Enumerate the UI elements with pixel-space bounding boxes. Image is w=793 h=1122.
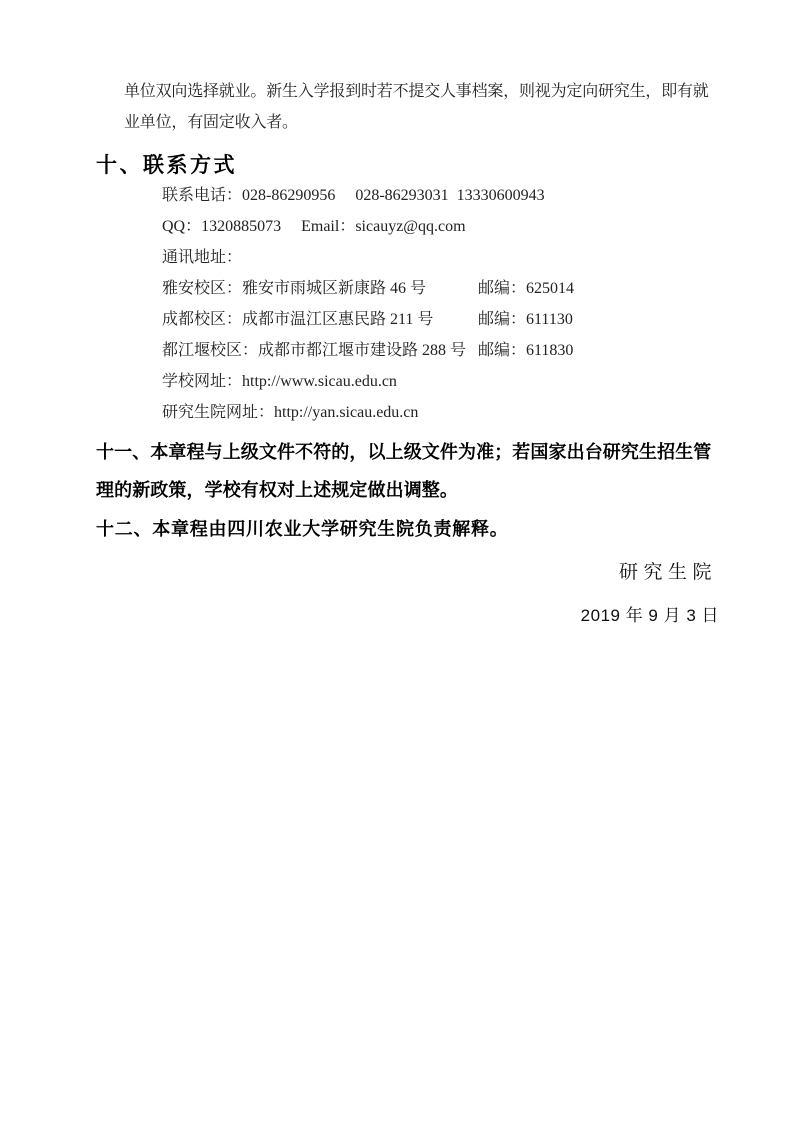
campus-postal-code: 邮编：611830 xyxy=(478,335,573,366)
document-date: 2019 年 9 月 3 日 xyxy=(581,604,719,628)
intro-paragraph: 单位双向选择就业。新生入学报到时若不提交人事档案，则视为定向研究生，即有就 业单… xyxy=(124,76,709,138)
contact-qq-email-line: QQ：1320885073 Email：sicauyz@qq.com xyxy=(162,211,574,242)
contact-mailing-address-label: 通讯地址： xyxy=(162,242,574,273)
campus-postal-code: 邮编：611130 xyxy=(478,304,573,335)
section-eleven-paragraph: 十一、本章程与上级文件不符的，以上级文件为准；若国家出台研究生招生管 理的新政策… xyxy=(96,433,736,509)
school-website-line: 学校网址：http://www.sicau.edu.cn xyxy=(162,366,574,397)
document-page: 单位双向选择就业。新生入学报到时若不提交人事档案，则视为定向研究生，即有就 业单… xyxy=(0,0,793,1122)
section-heading-contact: 十、联系方式 xyxy=(96,153,237,178)
campus-row-dujiangyan: 都江堰校区：成都市都江堰市建设路 288 号 邮编：611830 xyxy=(162,335,574,366)
campus-address: 都江堰校区：成都市都江堰市建设路 288 号 xyxy=(162,335,478,366)
signature-graduate-school: 研究生院 xyxy=(619,561,717,585)
graduate-school-website-line: 研究生院网址：http://yan.sicau.edu.cn xyxy=(162,397,574,428)
campus-row-chengdu: 成都校区：成都市温江区惠民路 211 号 邮编：611130 xyxy=(162,304,574,335)
campus-address: 雅安校区：雅安市雨城区新康路 46 号 xyxy=(162,273,478,304)
section-twelve-paragraph: 十二、本章程由四川农业大学研究生院负责解释。 xyxy=(96,517,509,541)
contact-phone-line: 联系电话：028-86290956 028-86293031 133306009… xyxy=(162,180,574,211)
campus-row-yaan: 雅安校区：雅安市雨城区新康路 46 号 邮编：625014 xyxy=(162,273,574,304)
contact-info-block: 联系电话：028-86290956 028-86293031 133306009… xyxy=(162,180,574,428)
campus-postal-code: 邮编：625014 xyxy=(478,273,574,304)
campus-address: 成都校区：成都市温江区惠民路 211 号 xyxy=(162,304,478,335)
